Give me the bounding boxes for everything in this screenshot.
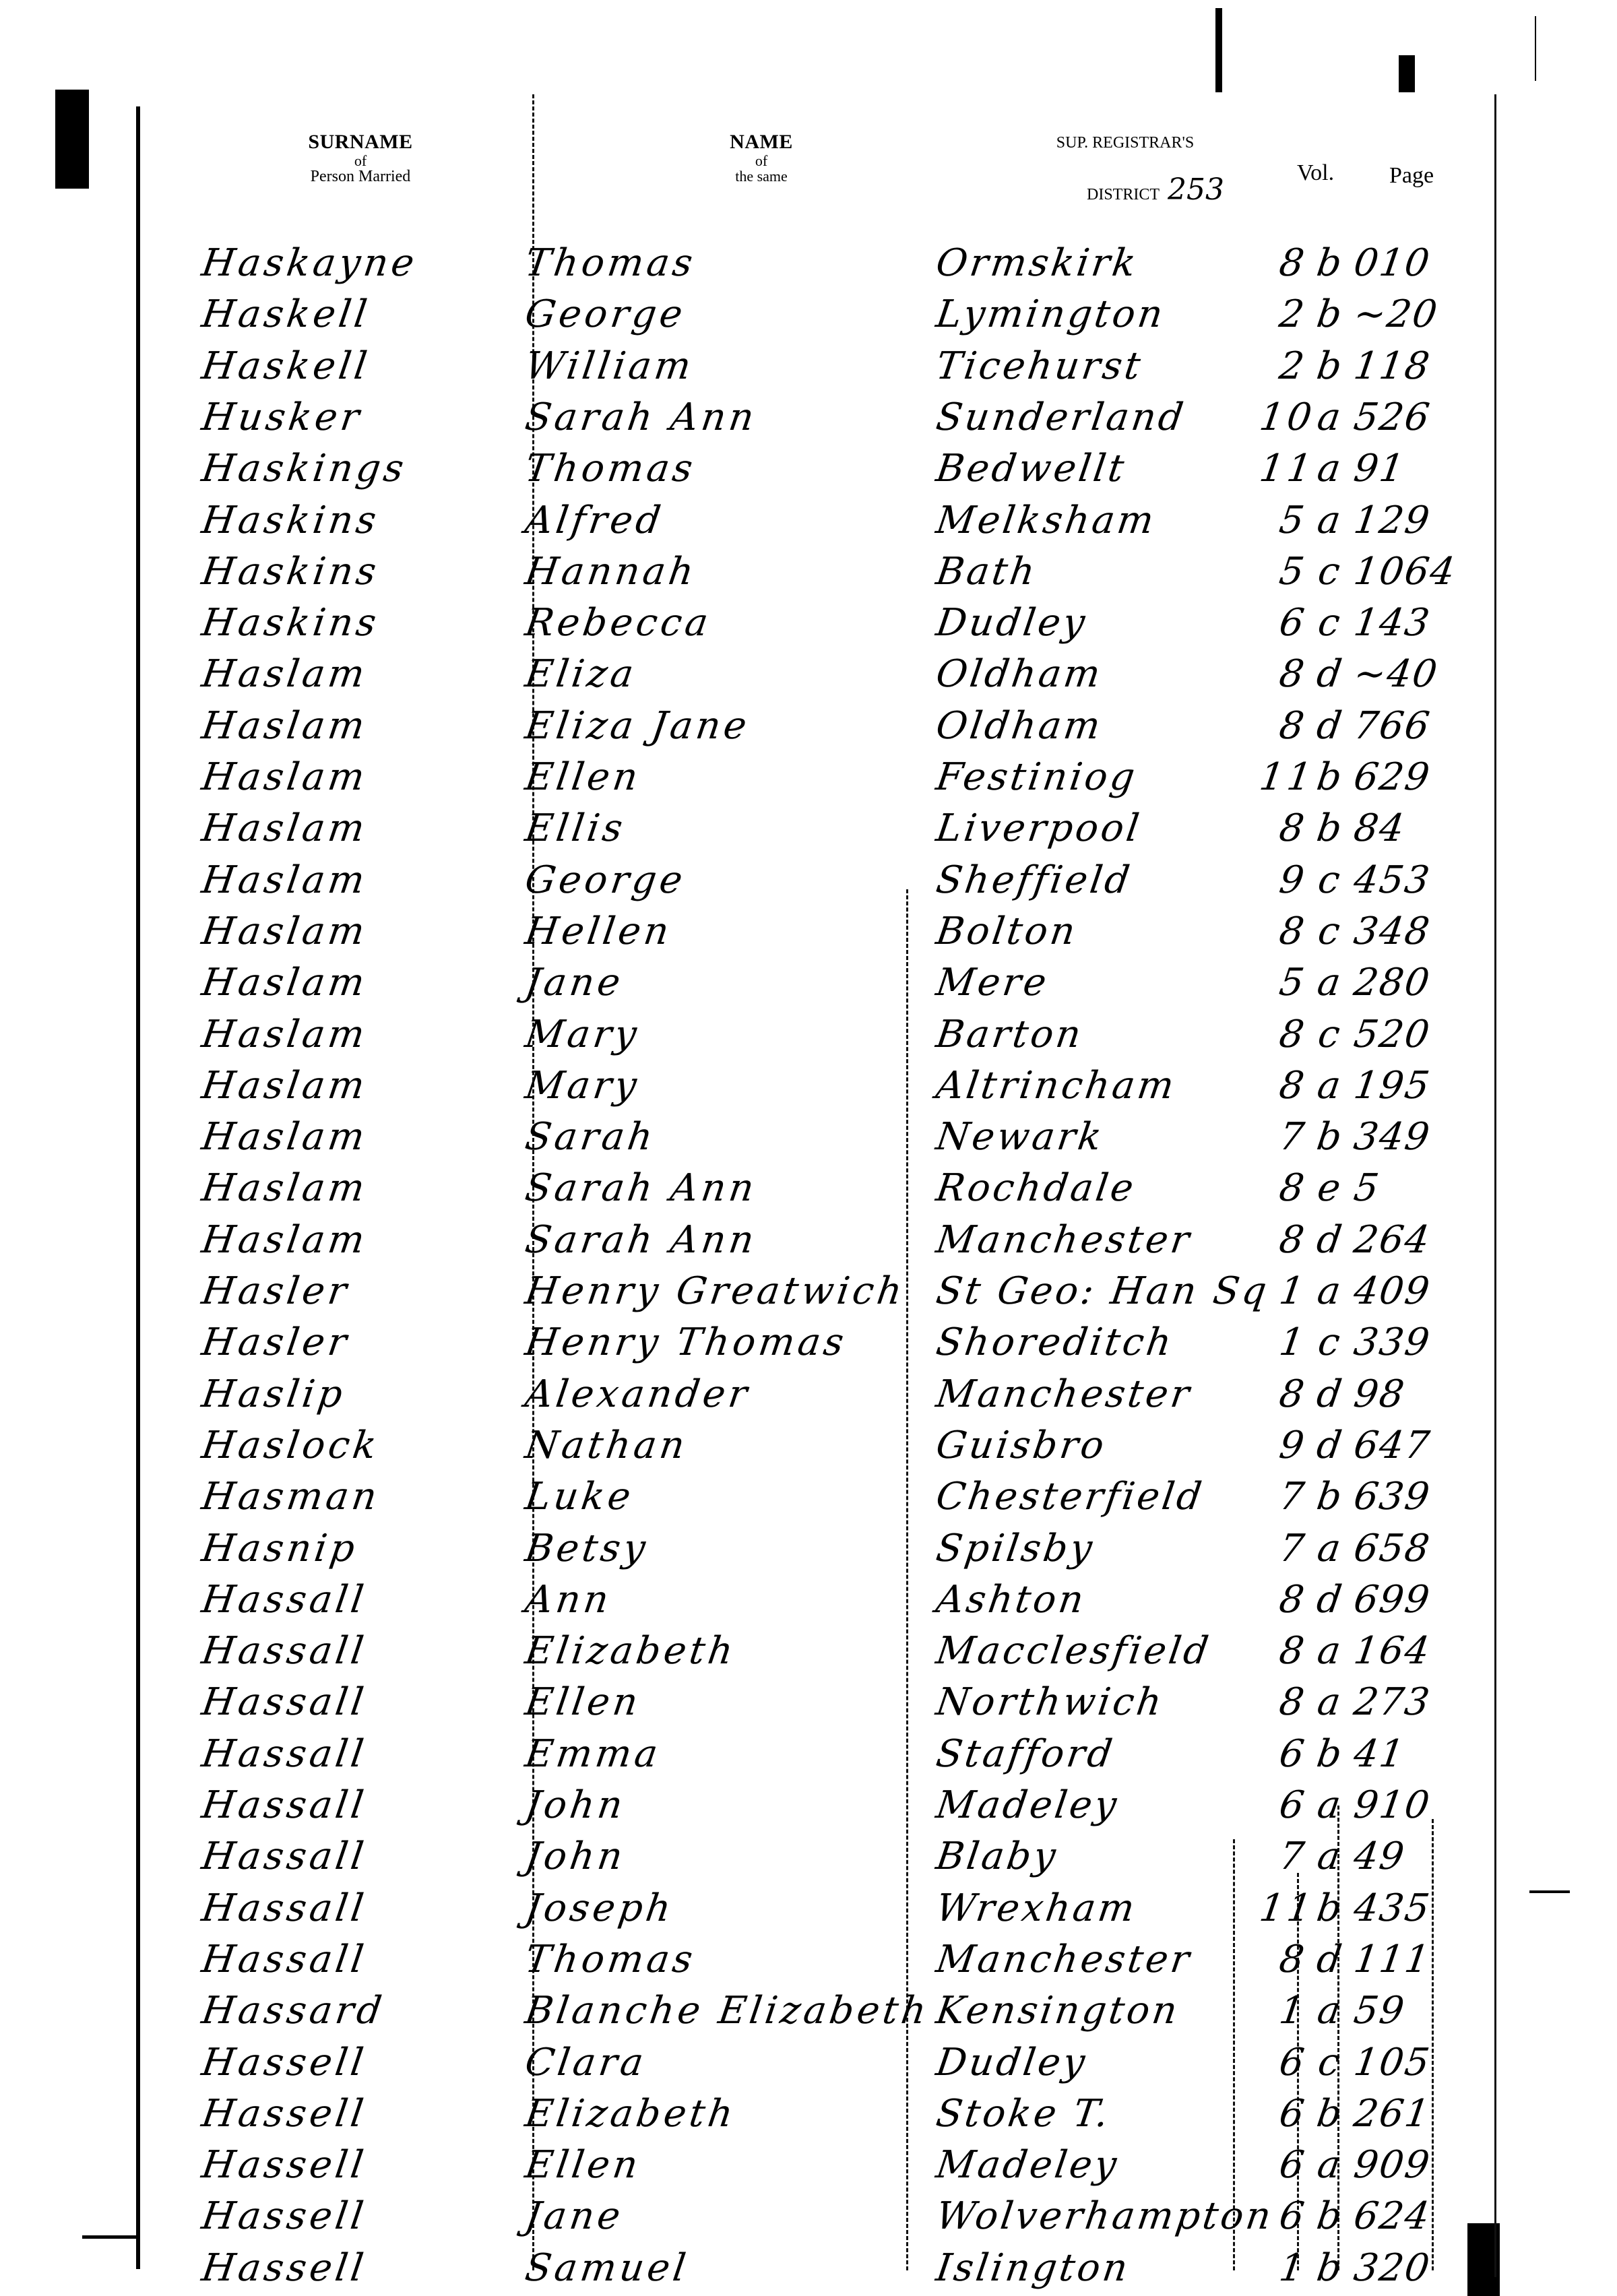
entry-volume-letter: d (1314, 704, 1347, 748)
entry-volume: 7 (1257, 1115, 1310, 1159)
entry-volume: 8 (1257, 1166, 1310, 1210)
entry-volume-letter: a (1314, 1680, 1347, 1724)
entry-row: HaskinsAlfredMelksham5a129 (0, 499, 1617, 554)
entry-row: HassallElizabethMacclesfield8a164 (0, 1629, 1617, 1684)
entry-row: HaslamHellenBolton8c348 (0, 910, 1617, 965)
entry-name: Ellis (522, 806, 628, 850)
entry-surname: Hassall (199, 1783, 369, 1827)
entry-volume-letter: b (1314, 1886, 1347, 1930)
entry-row: HaslamMaryBarton8c520 (0, 1013, 1617, 1068)
entry-district: Northwich (933, 1680, 1166, 1724)
entry-name: John (522, 1783, 628, 1827)
entry-surname: Haslam (199, 1013, 370, 1056)
entry-district: Bedwellt (933, 447, 1129, 490)
entry-surname: Hassall (199, 1578, 369, 1622)
entry-volume-letter: a (1314, 1629, 1347, 1673)
entry-volume-letter: e (1314, 1166, 1347, 1210)
entry-page: 639 (1351, 1475, 1433, 1519)
entry-page: 658 (1351, 1527, 1433, 1570)
header-name-line3: the same (701, 168, 822, 184)
entry-volume: 9 (1257, 858, 1310, 902)
entry-volume: 6 (1257, 2041, 1310, 2084)
header-district-line1: SUP. REGISTRAR'S (1011, 135, 1240, 152)
entry-volume: 6 (1257, 601, 1310, 645)
entry-volume-letter: c (1314, 1320, 1347, 1364)
header-surname-column: SURNAME of Person Married (276, 131, 445, 185)
entry-row: HaskinsHannahBath5c1064 (0, 550, 1617, 605)
entry-volume-letter: d (1314, 1938, 1347, 1981)
entry-page: 629 (1351, 755, 1433, 799)
entry-name: Eliza (522, 652, 639, 696)
entry-volume-letter: c (1314, 858, 1347, 902)
entry-name: Nathan (522, 1424, 691, 1467)
header-name-line1: NAME (701, 131, 822, 153)
entry-surname: Hasman (199, 1475, 383, 1519)
entry-district: Oldham (933, 652, 1105, 696)
entry-name: Elizabeth (522, 2092, 738, 2136)
entry-district: Stoke T. (933, 2092, 1114, 2136)
scan-edge-mark-left (55, 90, 89, 189)
entry-volume: 8 (1257, 1938, 1310, 1981)
entry-volume: 7 (1257, 1475, 1310, 1519)
entry-district: Islington (933, 2246, 1133, 2290)
entry-row: HassallAnnAshton8d699 (0, 1578, 1617, 1633)
entry-row: HasmanLukeChesterfield7b639 (0, 1475, 1617, 1530)
entry-volume-letter: a (1314, 961, 1347, 1004)
entry-page: 111 (1351, 1938, 1433, 1981)
entry-volume: 8 (1257, 1013, 1310, 1056)
entry-volume-letter: b (1314, 292, 1347, 336)
entry-row: HaskellGeorgeLymington2b~20 (0, 292, 1617, 348)
entry-row: HassallThomasManchester8d111 (0, 1938, 1617, 1993)
entry-district: Sunderland (933, 395, 1188, 439)
entry-row: HaslamEliza JaneOldham8d766 (0, 704, 1617, 759)
entry-name: Thomas (522, 447, 698, 490)
entry-district: St Geo: Han Sq (933, 1269, 1271, 1313)
entry-surname: Haskins (199, 499, 382, 542)
entry-page: 91 (1351, 447, 1407, 490)
entry-surname: Haslam (199, 858, 370, 902)
entry-row: HassellEllenMadeley6a909 (0, 2143, 1617, 2198)
entry-surname: Haslam (199, 755, 370, 799)
entry-page: 273 (1351, 1680, 1433, 1724)
entry-surname: Haslam (199, 1218, 370, 1262)
entry-district: Madeley (933, 1783, 1122, 1827)
entry-district: Lymington (933, 292, 1168, 336)
entry-district: Blaby (933, 1835, 1060, 1878)
entry-row: HaslamJaneMere5a280 (0, 961, 1617, 1016)
entry-volume-letter: c (1314, 910, 1347, 953)
scan-edge-mark-top-1 (1215, 8, 1222, 92)
entry-row: HuskerSarah AnnSunderland10a526 (0, 395, 1617, 451)
entry-page: 349 (1351, 1115, 1433, 1159)
entry-page: 435 (1351, 1886, 1433, 1930)
entry-page: 5 (1351, 1166, 1383, 1210)
entry-volume: 1 (1257, 1320, 1310, 1364)
entry-page: 41 (1351, 1732, 1407, 1776)
entry-district: Shoreditch (933, 1320, 1176, 1364)
entry-volume: 8 (1257, 1629, 1310, 1673)
entry-volume: 2 (1257, 292, 1310, 336)
entry-volume: 6 (1257, 1732, 1310, 1776)
entry-volume-letter: b (1314, 806, 1347, 850)
entry-surname: Haslam (199, 961, 370, 1004)
entry-volume: 1 (1257, 2246, 1310, 2290)
entry-name: Thomas (522, 1938, 698, 1981)
entry-page: 280 (1351, 961, 1433, 1004)
entry-name: Luke (522, 1475, 636, 1519)
entry-page: 348 (1351, 910, 1433, 953)
entry-volume-letter: b (1314, 2092, 1347, 2136)
entry-name: Samuel (522, 2246, 691, 2290)
entry-page: 526 (1351, 395, 1433, 439)
entry-volume: 1 (1257, 1989, 1310, 2033)
header-name-line2: of (701, 153, 822, 168)
entry-volume: 8 (1257, 910, 1310, 953)
entry-volume-letter: a (1314, 1989, 1347, 2033)
entry-name: Alexander (522, 1372, 753, 1416)
entry-district: Festiniog (933, 755, 1140, 799)
entry-district: Dudley (933, 2041, 1090, 2084)
entry-name: Sarah Ann (522, 1166, 759, 1210)
entry-surname: Haslock (199, 1424, 382, 1467)
entry-row: HassellClaraDudley6c105 (0, 2041, 1617, 2096)
entry-name: William (522, 344, 697, 388)
entry-surname: Haslam (199, 652, 370, 696)
entry-volume: 9 (1257, 1424, 1310, 1467)
entry-row: HaslamMaryAltrincham8a195 (0, 1064, 1617, 1119)
entry-district: Sheffield (933, 858, 1135, 902)
entry-page: 118 (1351, 344, 1433, 388)
entry-district: Wolverhampton (933, 2194, 1276, 2238)
entry-volume-letter: a (1314, 447, 1347, 490)
entry-surname: Haslam (199, 1064, 370, 1108)
header-vol-label: Vol. (1297, 160, 1334, 186)
entry-row: HassallJosephWrexham11b435 (0, 1886, 1617, 1942)
entry-name: Alfred (522, 499, 666, 542)
entry-surname: Hassell (199, 2143, 369, 2187)
entry-volume: 11 (1257, 447, 1310, 490)
header-page-label: Page (1389, 163, 1434, 189)
entry-volume: 8 (1257, 1372, 1310, 1416)
entry-name: Eliza Jane (522, 704, 753, 748)
entry-surname: Hassall (199, 1835, 369, 1878)
entry-volume-letter: b (1314, 755, 1347, 799)
entry-surname: Hassell (199, 2246, 369, 2290)
entry-row: HaslamEllisLiverpool8b84 (0, 806, 1617, 862)
entry-district: Spilsby (933, 1527, 1097, 1570)
entry-row: HaskingsThomasBedwellt11a91 (0, 447, 1617, 502)
entry-volume-letter: a (1314, 1064, 1347, 1108)
entry-volume: 6 (1257, 1783, 1310, 1827)
entry-page: 010 (1351, 241, 1433, 285)
entry-row: HaslamElizaOldham8d~40 (0, 652, 1617, 707)
entry-name: Clara (522, 2041, 649, 2084)
entry-volume-letter: b (1314, 344, 1347, 388)
entry-district: Kensington (933, 1989, 1182, 2033)
entry-name: Jane (522, 961, 626, 1004)
header-district-line2-row: DISTRICT 253 (1011, 174, 1240, 205)
entry-volume: 2 (1257, 344, 1310, 388)
entry-volume-letter: c (1314, 550, 1347, 594)
entry-page: 49 (1351, 1835, 1407, 1878)
entry-volume-letter: b (1314, 1475, 1347, 1519)
entry-surname: Hassall (199, 1680, 369, 1724)
entry-district: Bath (933, 550, 1040, 594)
entry-district: Ticehurst (933, 344, 1145, 388)
entry-volume: 5 (1257, 550, 1310, 594)
entry-name: Thomas (522, 241, 698, 285)
entry-surname: Haskell (199, 344, 373, 388)
entry-volume-letter: a (1314, 1527, 1347, 1570)
entry-volume: 8 (1257, 1680, 1310, 1724)
entry-page: 129 (1351, 499, 1433, 542)
entry-volume: 8 (1257, 806, 1310, 850)
entry-row: HasnipBetsySpilsby7a658 (0, 1527, 1617, 1582)
entry-page: 1064 (1351, 550, 1459, 594)
entry-page: 143 (1351, 601, 1433, 645)
entry-volume-letter: c (1314, 2041, 1347, 2084)
entry-name: George (522, 292, 688, 336)
entry-volume: 8 (1257, 704, 1310, 748)
entry-name: Henry Thomas (522, 1320, 850, 1364)
entry-row: HaskayneThomasOrmskirk8b010 (0, 241, 1617, 296)
entry-name: Jane (522, 2194, 626, 2238)
entry-volume: 7 (1257, 1527, 1310, 1570)
entry-surname: Hassell (199, 2041, 369, 2084)
header-surname-line3: Person Married (276, 168, 445, 185)
entry-surname: Haslam (199, 806, 370, 850)
entry-page: 339 (1351, 1320, 1433, 1364)
entry-volume-letter: d (1314, 652, 1347, 696)
entry-row: HassellSamuelIslington1b320 (0, 2246, 1617, 2296)
entry-district: Madeley (933, 2143, 1122, 2187)
entry-volume-letter: a (1314, 1835, 1347, 1878)
entry-volume-letter: b (1314, 1732, 1347, 1776)
entry-page: 195 (1351, 1064, 1433, 1108)
entry-row: HassardBlanche ElizabethKensington1a59 (0, 1989, 1617, 2044)
entry-district: Newark (933, 1115, 1106, 1159)
entry-surname: Haskell (199, 292, 373, 336)
entry-district: Mere (933, 961, 1052, 1004)
entry-surname: Hassell (199, 2194, 369, 2238)
entry-volume: 8 (1257, 1064, 1310, 1108)
entry-volume-letter: a (1314, 1783, 1347, 1827)
entry-district: Altrincham (933, 1064, 1179, 1108)
entry-name: Emma (522, 1732, 664, 1776)
entry-volume-letter: b (1314, 1115, 1347, 1159)
header-surname-line2: of (276, 153, 445, 168)
entry-name: Blanche Elizabeth (522, 1989, 932, 2033)
entry-name: Ann (522, 1578, 614, 1622)
entry-district: Liverpool (933, 806, 1144, 850)
entry-row: HaslamSarahNewark7b349 (0, 1115, 1617, 1170)
entry-row: HassellJaneWolverhampton6b624 (0, 2194, 1617, 2250)
entry-volume-letter: b (1314, 241, 1347, 285)
entry-name: Elizabeth (522, 1629, 738, 1673)
entry-volume-letter: a (1314, 499, 1347, 542)
entry-surname: Haskins (199, 550, 382, 594)
entry-row: HassallJohnMadeley6a910 (0, 1783, 1617, 1839)
entry-page: 910 (1351, 1783, 1433, 1827)
entry-district: Guisbro (933, 1424, 1109, 1467)
entry-page: 766 (1351, 704, 1433, 748)
entry-volume: 10 (1257, 395, 1310, 439)
entry-page: 624 (1351, 2194, 1433, 2238)
entry-name: Ellen (522, 1680, 643, 1724)
entry-row: HaslamEllenFestiniog11b629 (0, 755, 1617, 810)
entry-name: Sarah Ann (522, 395, 759, 439)
entry-surname: Hassall (199, 1886, 369, 1930)
entry-district: Wrexham (933, 1886, 1139, 1930)
entry-row: HassallEmmaStafford6b41 (0, 1732, 1617, 1787)
entry-page: ~20 (1351, 292, 1440, 336)
entry-volume: 1 (1257, 1269, 1310, 1313)
entry-district: Dudley (933, 601, 1090, 645)
entry-volume: 7 (1257, 1835, 1310, 1878)
entry-district: Melksham (933, 499, 1159, 542)
entry-name: Sarah Ann (522, 1218, 759, 1262)
entry-page: 105 (1351, 2041, 1433, 2084)
entry-district: Ormskirk (933, 241, 1141, 285)
entry-name: Henry Greatwich (522, 1269, 908, 1313)
entry-row: HaskinsRebeccaDudley6c143 (0, 601, 1617, 656)
entry-volume: 8 (1257, 241, 1310, 285)
entry-volume-letter: b (1314, 2194, 1347, 2238)
entry-page: 647 (1351, 1424, 1433, 1467)
entry-row: HaslerHenry ThomasShoreditch1c339 (0, 1320, 1617, 1376)
entry-surname: Haskayne (199, 241, 420, 285)
entry-page: 320 (1351, 2246, 1433, 2290)
entry-district: Manchester (933, 1938, 1195, 1981)
entry-volume-letter: d (1314, 1218, 1347, 1262)
entry-name: Sarah (522, 1115, 658, 1159)
entry-surname: Haslam (199, 1115, 370, 1159)
header-district-number: 253 (1168, 172, 1224, 207)
entry-row: HaslamSarah AnnManchester8d264 (0, 1218, 1617, 1273)
entry-page: 264 (1351, 1218, 1433, 1262)
entry-page: 261 (1351, 2092, 1433, 2136)
entry-page: ~40 (1351, 652, 1440, 696)
entry-row: HassallJohnBlaby7a49 (0, 1835, 1617, 1890)
entry-surname: Hassall (199, 1732, 369, 1776)
entry-volume: 6 (1257, 2143, 1310, 2187)
entry-district: Oldham (933, 704, 1105, 748)
entry-district: Ashton (933, 1578, 1089, 1622)
entry-page: 409 (1351, 1269, 1433, 1313)
entry-page: 520 (1351, 1013, 1433, 1056)
entry-page: 59 (1351, 1989, 1407, 2033)
entry-name: Ellen (522, 2143, 643, 2187)
entry-row: HaslamSarah AnnRochdale8e5 (0, 1166, 1617, 1221)
entry-district: Stafford (933, 1732, 1117, 1776)
entry-name: Hellen (522, 910, 674, 953)
header-name-column: NAME of the same (701, 131, 822, 184)
entry-volume: 8 (1257, 652, 1310, 696)
entry-volume: 8 (1257, 1218, 1310, 1262)
entry-surname: Haskins (199, 601, 382, 645)
entry-surname: Husker (199, 395, 365, 439)
entry-surname: Hasler (199, 1320, 352, 1364)
entry-volume-letter: d (1314, 1424, 1347, 1467)
entry-page: 164 (1351, 1629, 1433, 1673)
entry-row: HaskellWilliamTicehurst2b118 (0, 344, 1617, 400)
entry-district: Manchester (933, 1218, 1195, 1262)
entry-page: 84 (1351, 806, 1407, 850)
entry-volume: 8 (1257, 1578, 1310, 1622)
entry-district: Barton (933, 1013, 1086, 1056)
entry-name: Ellen (522, 755, 643, 799)
entry-volume: 5 (1257, 499, 1310, 542)
entry-volume-letter: a (1314, 395, 1347, 439)
entry-volume: 11 (1257, 1886, 1310, 1930)
entry-surname: Haslam (199, 1166, 370, 1210)
entry-district: Bolton (933, 910, 1080, 953)
entry-row: HassallEllenNorthwich8a273 (0, 1680, 1617, 1735)
entry-page: 909 (1351, 2143, 1433, 2187)
header-surname-line1: SURNAME (276, 131, 445, 153)
entry-surname: Hassard (199, 1989, 387, 2033)
entry-surname: Haslam (199, 910, 370, 953)
entry-district: Manchester (933, 1372, 1195, 1416)
entry-page: 98 (1351, 1372, 1407, 1416)
entry-volume-letter: a (1314, 1269, 1347, 1313)
entry-surname: Hasnip (199, 1527, 360, 1570)
entry-row: HaslockNathanGuisbro9d647 (0, 1424, 1617, 1479)
entry-name: Hannah (522, 550, 699, 594)
entry-row: HassellElizabethStoke T.6b261 (0, 2092, 1617, 2147)
entry-district: Chesterfield (933, 1475, 1207, 1519)
entry-surname: Hassell (199, 2092, 369, 2136)
entry-page: 699 (1351, 1578, 1433, 1622)
entry-surname: Haslip (199, 1372, 348, 1416)
entry-volume: 6 (1257, 2092, 1310, 2136)
entry-volume-letter: c (1314, 601, 1347, 645)
entry-name: Betsy (522, 1527, 651, 1570)
entry-name: Mary (522, 1064, 642, 1108)
entry-row: HaslamGeorgeSheffield9c453 (0, 858, 1617, 914)
entry-volume-letter: d (1314, 1578, 1347, 1622)
entry-row: HaslerHenry GreatwichSt Geo: Han Sq1a409 (0, 1269, 1617, 1325)
entry-name: Rebecca (522, 601, 714, 645)
entry-volume-letter: d (1314, 1372, 1347, 1416)
entry-surname: Haslam (199, 704, 370, 748)
entry-district: Macclesfield (933, 1629, 1213, 1673)
entry-name: Joseph (522, 1886, 676, 1930)
entry-row: HaslipAlexanderManchester8d98 (0, 1372, 1617, 1428)
entry-volume-letter: c (1314, 1013, 1347, 1056)
entry-volume-letter: a (1314, 2143, 1347, 2187)
entry-surname: Hassall (199, 1629, 369, 1673)
header-district-column: SUP. REGISTRAR'S DISTRICT 253 (1011, 135, 1240, 205)
entry-district: Rochdale (933, 1166, 1139, 1210)
entry-volume: 11 (1257, 755, 1310, 799)
entry-surname: Haskings (199, 447, 410, 490)
entry-volume-letter: b (1314, 2246, 1347, 2290)
entry-volume: 6 (1257, 2194, 1310, 2238)
entry-name: John (522, 1835, 628, 1878)
scan-edge-line-top-right (1535, 16, 1536, 81)
entry-surname: Hasler (199, 1269, 352, 1313)
register-page: SURNAME of Person Married NAME of the sa… (0, 0, 1617, 2296)
scan-edge-mark-top-2 (1399, 55, 1415, 92)
entry-name: Mary (522, 1013, 642, 1056)
entry-page: 453 (1351, 858, 1433, 902)
entry-surname: Hassall (199, 1938, 369, 1981)
header-district-label: DISTRICT (1087, 186, 1160, 203)
entry-volume: 5 (1257, 961, 1310, 1004)
entry-name: George (522, 858, 688, 902)
